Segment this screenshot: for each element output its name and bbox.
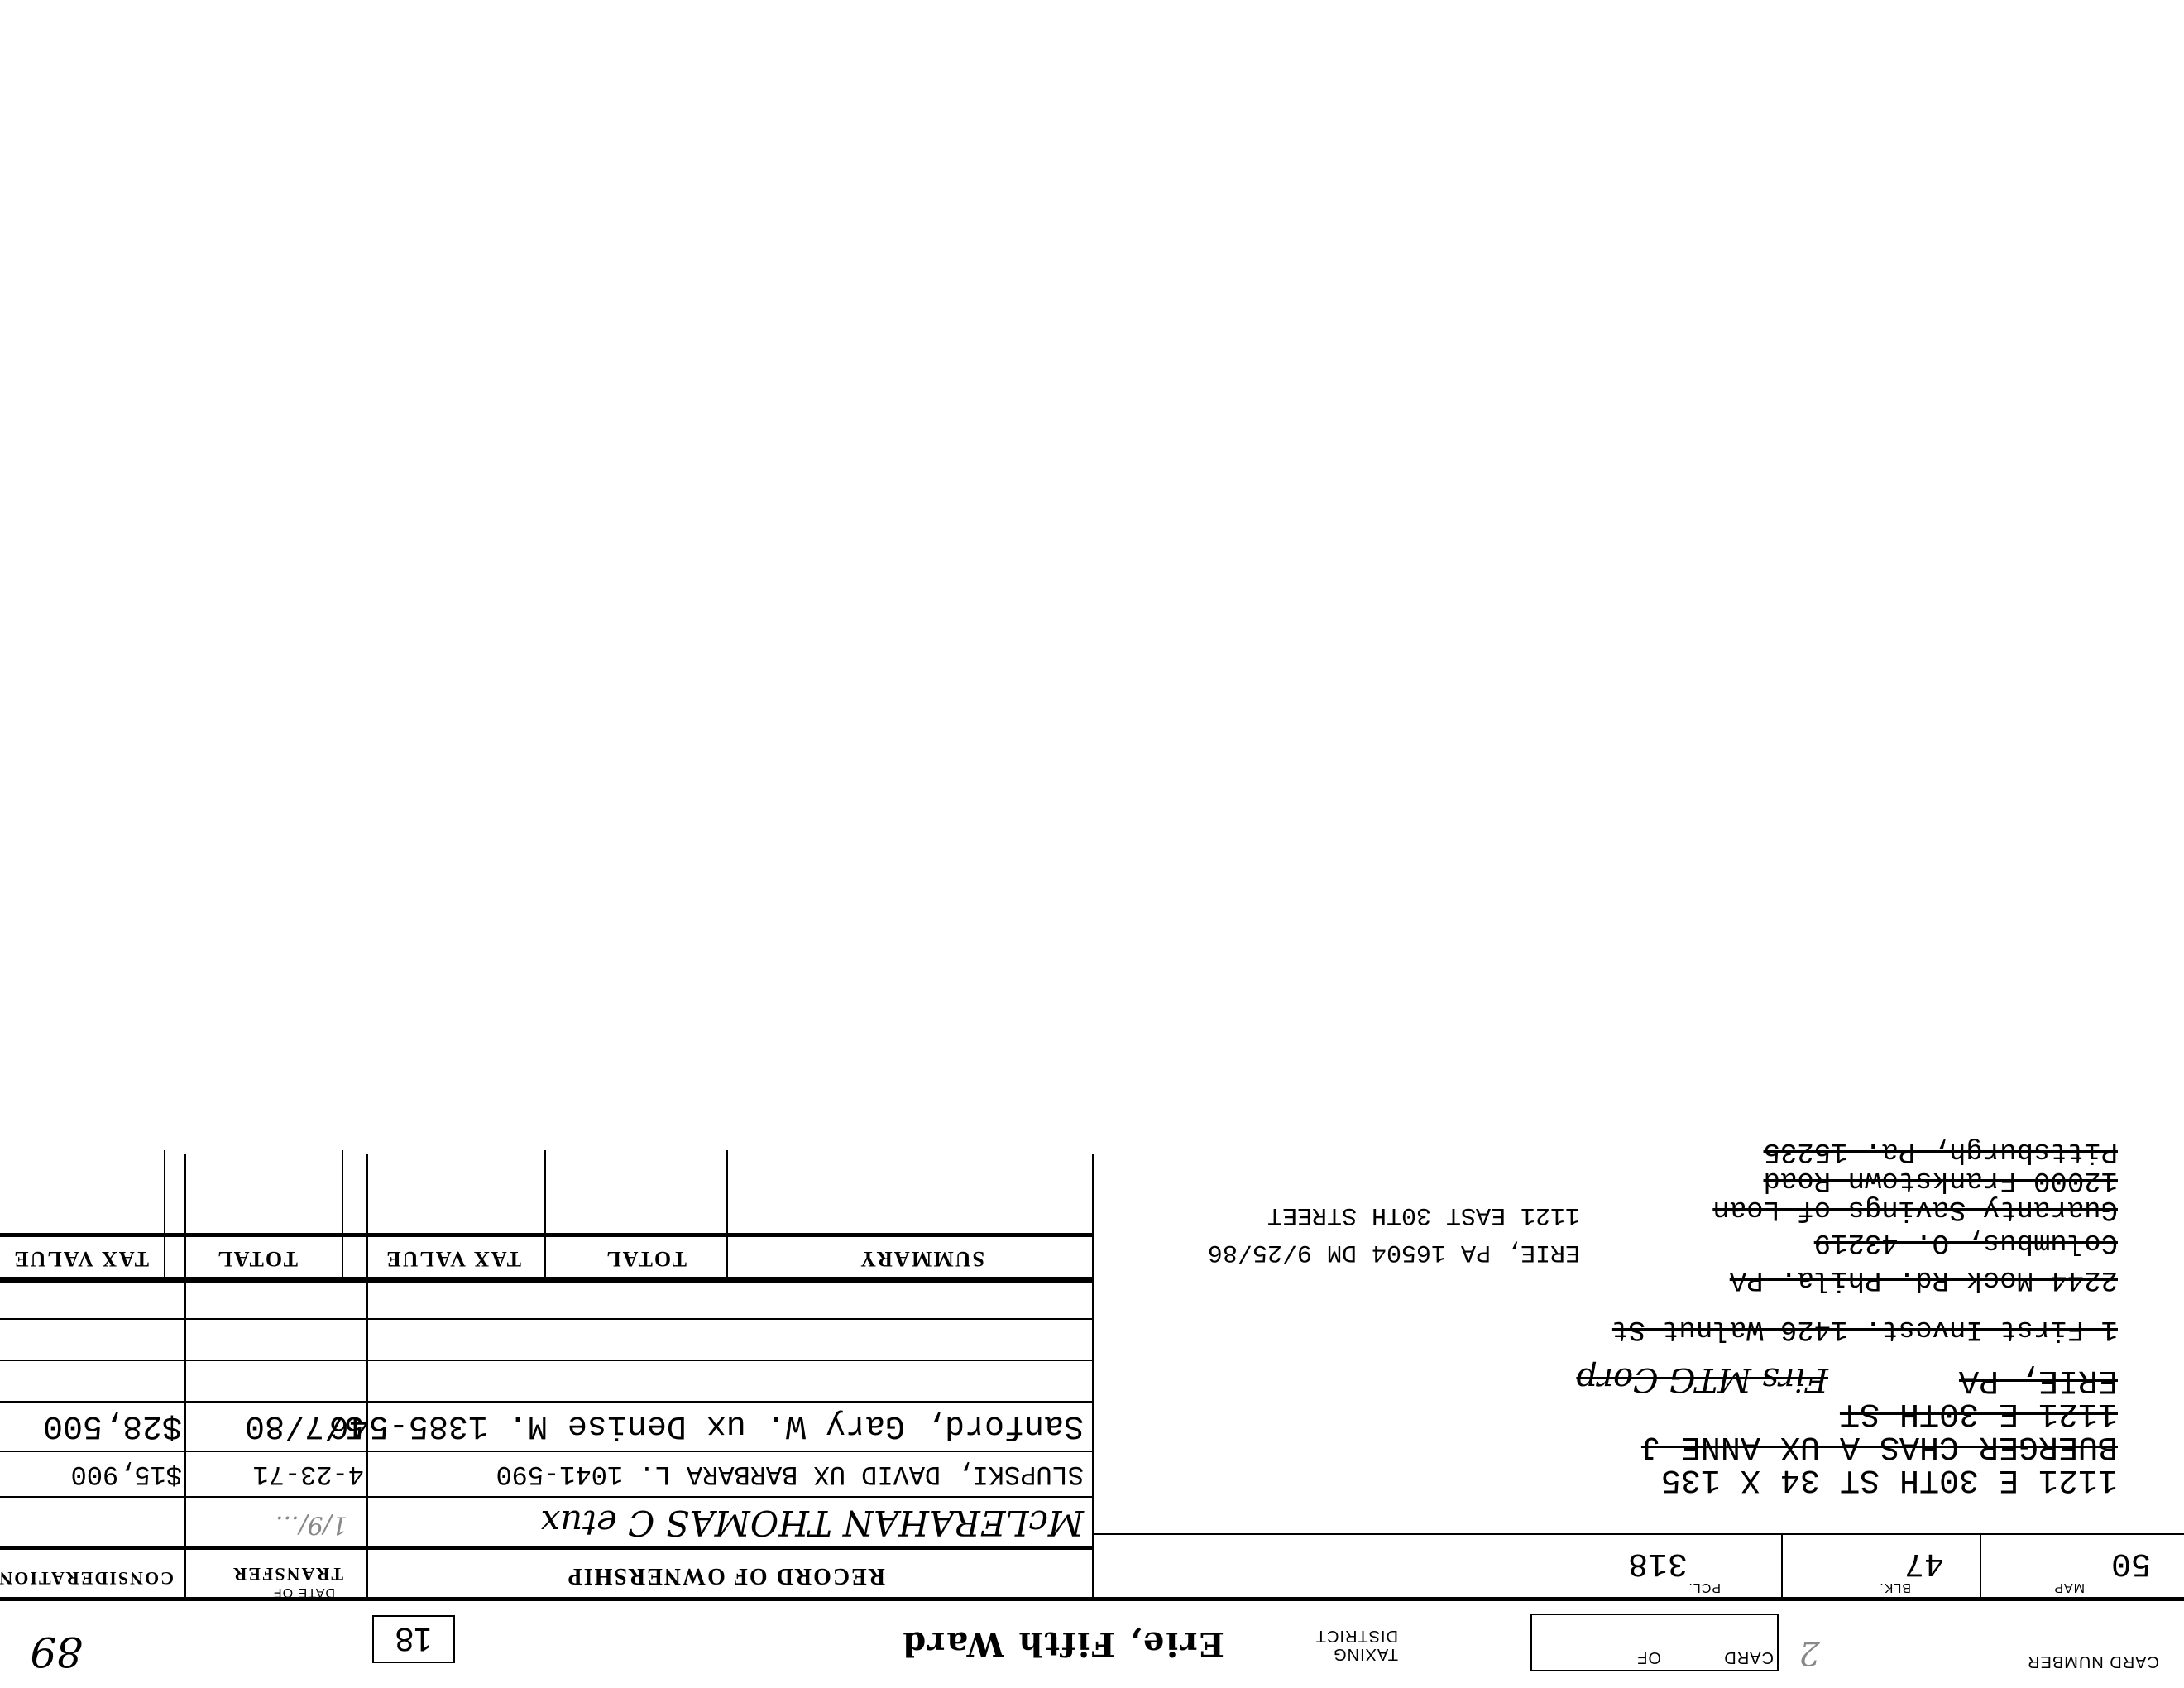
pcl-value: 318 (1628, 1544, 1688, 1581)
summary-col-total-1: TOTAL (605, 1246, 687, 1271)
of-label: OF (1636, 1647, 1661, 1666)
ownership-row-1-consideration: $15,900 (71, 1459, 182, 1489)
summary-col-tax-1: TAX VALUE (385, 1246, 521, 1271)
taxing-district-value: Erie, Fifth Ward (901, 1624, 1224, 1663)
ownership-row-2-consideration: $28,500 (43, 1407, 182, 1444)
summary-table: SUMMARY TOTAL TAX VALUE TOTAL TAX VALUE (0, 1150, 1092, 1283)
date-label-top: DATE OF (273, 1585, 335, 1599)
card-mark: 2 (1799, 1633, 1820, 1671)
map-value: 50 (2111, 1544, 2151, 1581)
owner-address-block: 1121 E 30TH ST 34 X 135 BUERGER CHAS A U… (1100, 1167, 2118, 1498)
summary-title: SUMMARY (859, 1246, 984, 1271)
date-label-bottom: TRANSFER (232, 1563, 343, 1585)
owner-line-5: 1 First Invest. 1426 Walnut St (1612, 1313, 2118, 1345)
owner-line-10: Pittsburgh, Pa. 15235 (1764, 1135, 2118, 1167)
blk-value: 47 (1904, 1544, 1944, 1581)
taxing-district-label: TAXING DISTRICT (1274, 1627, 1398, 1663)
card-number-label: CARD NUMBER (2027, 1652, 2159, 1671)
ownership-row-2-owner: Sanford, Gary W. ux Denise M. 1385-546 (329, 1407, 1084, 1444)
blk-label: BLK. (1879, 1580, 1911, 1594)
owner-line-0: 1121 E 30TH ST 34 X 135 (1661, 1460, 2118, 1498)
owner-line-2: 1121 E 30TH ST (1840, 1394, 2118, 1431)
card-label: CARD (1723, 1647, 1774, 1666)
corner-note: 89 (30, 1628, 83, 1676)
ownership-row-1-date: 4-23-71 (253, 1459, 364, 1489)
ownership-row-1-owner: SLUPSKI, DAVID UX BARBARA L. 1041-590 (496, 1459, 1084, 1489)
current-address-line1: 1121 EAST 30TH STREET (1267, 1201, 1580, 1229)
consideration-label: CONSIDERATION (0, 1567, 174, 1589)
owner-line-4: Firs MTG Corp (1576, 1360, 1828, 1398)
ownership-row-2-date: 5/7/80 (245, 1407, 364, 1444)
owner-line-9: 12000 Frankstown Road (1764, 1164, 2118, 1196)
summary-col-tax-2: TAX VALUE (12, 1246, 149, 1271)
owner-line-1: BUERGER CHAS A UX ANNE J (1641, 1427, 2118, 1465)
pcl-label: PCL. (1688, 1580, 1721, 1594)
owner-line-8: Guaranty Savings of Loan (1712, 1193, 2118, 1225)
property-record-card: CARD NUMBER CARD OF 2 TAXING DISTRICT Er… (0, 0, 2184, 1688)
owner-line-3: ERIE, PA (1959, 1361, 2118, 1398)
ownership-row-0-owner: McLERAHAN THOMAS C etux (540, 1503, 1084, 1543)
owner-line-7: Columbus, O. 43219 (1814, 1226, 2118, 1258)
map-label: MAP (2053, 1580, 2085, 1594)
ownership-title: RECORD OF OWNERSHIP (567, 1562, 885, 1589)
card-of-box[interactable]: CARD OF (1530, 1614, 1779, 1671)
summary-col-total-2: TOTAL (216, 1246, 298, 1271)
current-address-line2: ERIE, PA 16504 DM 9/25/86 (1208, 1238, 1580, 1266)
parcel-row: MAP 50 BLK. 47 PCL. 318 (1092, 1535, 2184, 1601)
owner-line-6: 2244 Mock Rd. Phila. PA (1730, 1264, 2118, 1295)
district-code-box: 18 (372, 1615, 455, 1663)
ownership-row-0-date: 1/9/... (275, 1510, 347, 1539)
